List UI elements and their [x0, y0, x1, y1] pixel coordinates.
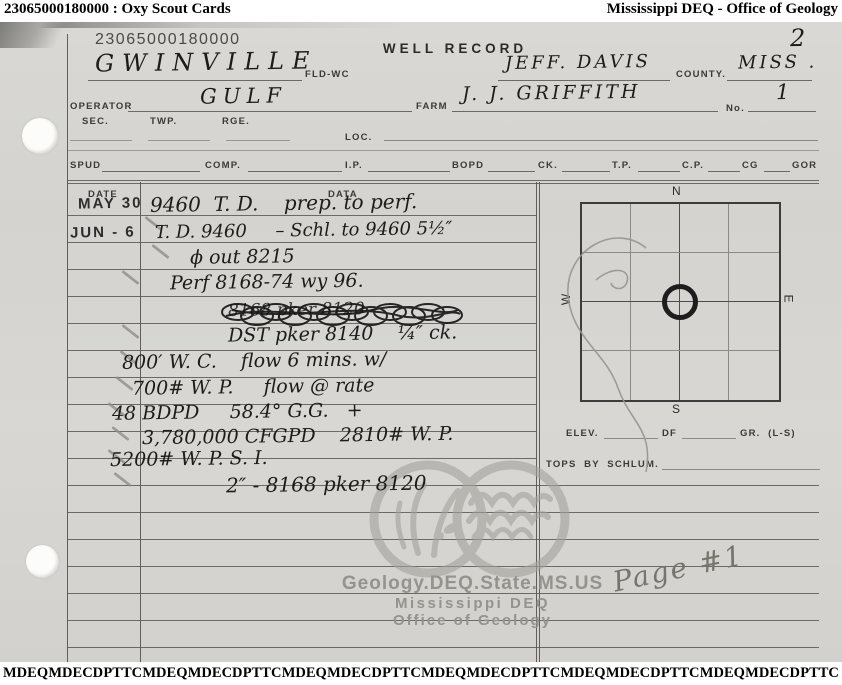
entry-row: 5200# W. P. S. I. [110, 449, 268, 470]
spud-line [488, 171, 535, 172]
scan-corner-shadow [0, 22, 95, 48]
fld-wc-label: FLD-WC [305, 69, 350, 80]
well-no-underline [748, 111, 816, 112]
gr-label: GR. (L-S) [740, 428, 796, 439]
entry-row: 3,780,000 CFGPD 2810# W. P. [142, 425, 454, 448]
loc-underline [384, 140, 818, 141]
spud-line [248, 171, 342, 172]
ruled-line [67, 485, 819, 486]
rge-label: RGE. [222, 116, 250, 127]
elev-label: ELEV. [566, 428, 599, 439]
footer-token: MDECD [48, 665, 103, 682]
spud-header: SPUD [70, 160, 101, 171]
footer-token: PTTC [661, 665, 700, 682]
county-label: COUNTY. [676, 69, 726, 80]
footer-token: MDECD [327, 665, 382, 682]
cp-header: C.P. [682, 160, 704, 171]
bopd-header: BOPD [452, 160, 484, 171]
watermark-right-ring [457, 465, 565, 573]
ck-header: CK. [538, 160, 558, 171]
card-left-border [67, 34, 68, 662]
well-location-symbol [662, 284, 698, 320]
map-grid-line [582, 252, 779, 253]
compass-north-label: N [672, 184, 682, 198]
plant-leaf-icon [442, 520, 462, 536]
entry-row: 48 BDPD 58.4° G.G. + [112, 401, 363, 423]
footer-token: PTTC [243, 665, 282, 682]
field-name-handwritten: GWINVILLE [95, 48, 318, 75]
pencil-tick [121, 324, 139, 339]
df-line [682, 438, 736, 439]
footer-token: MDECD [606, 665, 661, 682]
comp-header: COMP. [205, 160, 241, 171]
rge-underline [226, 140, 290, 141]
plant-stem-icon [434, 491, 458, 555]
state-underline [727, 80, 812, 81]
county-handwritten: JEFF. DAVIS [505, 53, 651, 73]
twp-label: TWP. [150, 116, 177, 127]
entry-row: 2″ - 8168 pker 8120 [226, 473, 427, 496]
api-number: 23065000180000 [95, 31, 241, 49]
entry-row: DST pker 8140 ¼″ ck. [228, 323, 458, 345]
operator-handwritten: GULF [200, 85, 287, 107]
date-stamp-may30: MAY 30 [78, 194, 143, 212]
watermark-agency-text: Mississippi DEQ [330, 595, 615, 612]
tops-by-schlum-label: TOPS BY SCHLUM. [546, 459, 659, 470]
watermark-office-text: Office of Geology [330, 612, 615, 629]
viewer-bottom-bar: MDEQ MDECD PTTC MDEQ MDECD PTTC MDEQ MDE… [0, 662, 842, 685]
spud-line [102, 171, 200, 172]
ruled-line [67, 539, 819, 540]
operator-label: OPERATOR [70, 101, 133, 112]
compass-east-label: E [782, 294, 796, 303]
compass-south-label: S [672, 402, 681, 416]
ruled-line [67, 242, 536, 243]
entry-row: ϕ out 8215 [190, 247, 295, 267]
footer-token: MDEQ [3, 665, 48, 682]
farm-handwritten: J. J. GRIFFITH [462, 83, 641, 104]
pencil-tick [121, 270, 139, 285]
map-grid-line [582, 350, 779, 351]
hole-punch [22, 118, 58, 154]
double-rule [67, 183, 819, 184]
ruled-line [67, 512, 819, 513]
footer-token: MDECD [188, 665, 243, 682]
footer-token: MDECD [745, 665, 800, 682]
ip-header: I.P. [345, 160, 363, 171]
spud-line [562, 171, 610, 172]
map-grid-line [728, 204, 729, 400]
footer-token: PTTC [522, 665, 561, 682]
hole-punch [26, 545, 59, 578]
scanned-well-record-card: 23065000180000 WELL RECORD 2 GWINVILLE F… [0, 22, 842, 662]
footer-token: MDEQ [142, 665, 187, 682]
operator-underline [128, 111, 412, 112]
spud-line [764, 171, 790, 172]
twp-underline [148, 140, 210, 141]
footer-token: MDEQ [421, 665, 466, 682]
scan-edge-shading [0, 22, 842, 28]
entry-row: Perf 8168-74 wy 96. [170, 272, 364, 294]
ruled-line [67, 296, 536, 297]
spud-line [638, 171, 680, 172]
farm-underline [452, 111, 718, 112]
entry-row: 700# W. P. flow @ rate [132, 376, 375, 398]
field-underline [88, 80, 302, 81]
df-label: DF [662, 428, 677, 439]
elev-line [604, 438, 658, 439]
compass-west-label: W [559, 293, 573, 305]
footer-token: MDEQ [282, 665, 327, 682]
spud-line [708, 171, 740, 172]
footer-token: MDEQ [560, 665, 605, 682]
document-id-title: 23065000180000 : Oxy Scout Cards [0, 0, 235, 19]
plant-stem-icon [413, 485, 424, 553]
footer-token: PTTC [800, 665, 839, 682]
footer-token: MDEQ [700, 665, 745, 682]
well-no-label: No. [726, 103, 745, 114]
wave-icon [474, 530, 531, 538]
tops-line [662, 469, 820, 470]
footer-token: PTTC [103, 665, 142, 682]
scan-viewer: 23065000180000 : Oxy Scout Cards Mississ… [0, 0, 842, 685]
date-stamp-jun6: JUN - 6 [70, 223, 136, 241]
section-divider-line [67, 150, 819, 151]
pencil-tick [151, 244, 169, 259]
entry-row: T. D. 9460 – Schl. to 9460 5½″ [155, 220, 453, 242]
ruled-line [67, 647, 819, 648]
ruled-line [67, 215, 536, 216]
double-rule [67, 180, 819, 181]
pencil-tick [111, 426, 129, 441]
cg-header: CG [742, 160, 759, 171]
footer-token: PTTC [382, 665, 421, 682]
loc-label: LOC. [345, 132, 373, 143]
entry-row: 800′ W. C. flow 6 mins. w/ [122, 350, 387, 373]
gor-header: GOR [792, 160, 817, 171]
well-no-handwritten: 1 [776, 82, 790, 103]
page-note-handwritten: Page #1 [611, 541, 747, 596]
viewer-top-bar: 23065000180000 : Oxy Scout Cards Mississ… [0, 0, 842, 22]
spud-line [368, 171, 450, 172]
entry-row-struck: 8168 pker 8120 [228, 301, 365, 320]
entry-row: 9460 T. D. prep. to perf. [150, 191, 418, 215]
farm-label: FARM [416, 101, 448, 112]
sec-underline [70, 140, 132, 141]
agency-title: Mississippi DEQ - Office of Geology [603, 0, 842, 19]
handwritten-page-2: 2 [790, 26, 806, 50]
map-grid-line [630, 204, 631, 400]
watermark-url-text: Geology.DEQ.State.MS.US [330, 573, 615, 595]
state-handwritten: MISS . [738, 53, 818, 72]
plant-stem-icon [398, 503, 404, 547]
tp-header: T.P. [612, 160, 632, 171]
sec-label: SEC. [82, 116, 109, 127]
footer-token: MDECD [466, 665, 521, 682]
